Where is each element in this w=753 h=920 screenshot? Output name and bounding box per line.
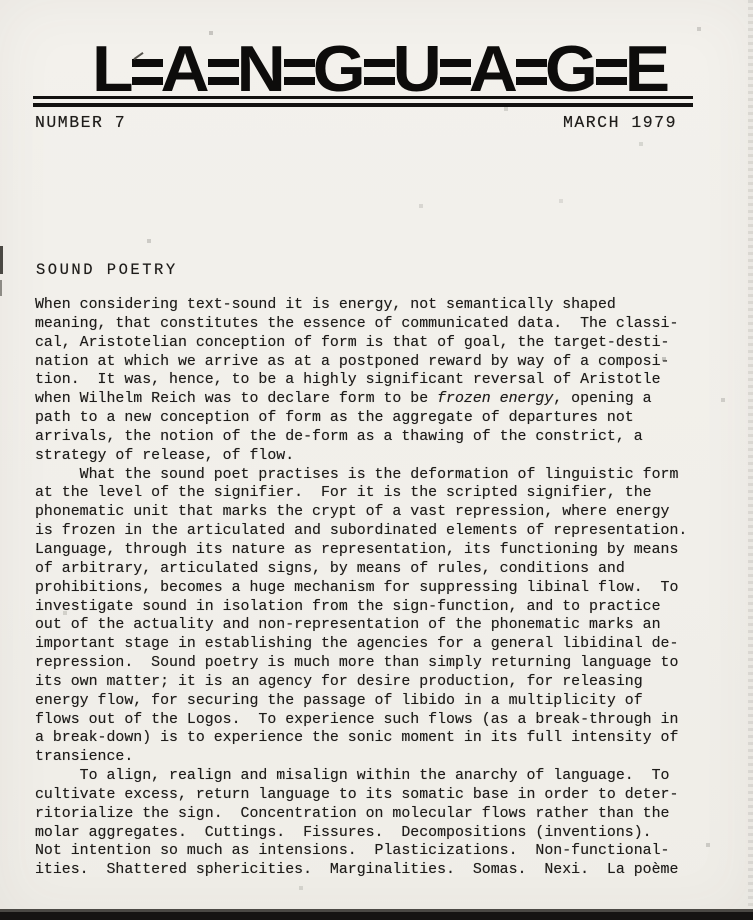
scan-specks [0, 0, 2, 2]
text-line: path to a new conception of form as the … [35, 409, 735, 428]
text-line: is frozen in the articulated and subordi… [35, 522, 735, 541]
equals-bars-icon [284, 59, 315, 85]
text-line: of arbitrary, articulated signs, by mean… [35, 560, 735, 579]
equals-bars-icon [364, 59, 395, 85]
text-line: phonematic unit that marks the crypt of … [35, 503, 735, 522]
text-line: What the sound poet practises is the def… [35, 466, 735, 485]
text-line: at the level of the signifier. For it is… [35, 484, 735, 503]
text-line: important stage in establishing the agen… [35, 635, 735, 654]
equals-bars-icon [440, 59, 471, 85]
text-line: nation at which we arrive as at a postpo… [35, 353, 735, 372]
scan-bottom-bar [0, 909, 753, 920]
text-line: cal, Aristotelian conception of form is … [35, 334, 735, 353]
scan-edge-artifact [0, 246, 3, 274]
text-line-with-italic: when Wilhelm Reich was to declare form t… [35, 390, 735, 409]
text-line: cultivate excess, return language to its… [35, 786, 735, 805]
equals-bars-icon [516, 59, 547, 85]
text-line: ities. Shattered sphericities. Marginali… [35, 861, 735, 880]
text-line: its own matter; it is an agency for desi… [35, 673, 735, 692]
text-line: energy flow, for securing the passage of… [35, 692, 735, 711]
masthead-letter: G [545, 43, 598, 95]
article-title: SOUND POETRY [36, 261, 178, 279]
equals-bars-icon [208, 59, 239, 85]
text-segment: when Wilhelm Reich was to declare form t… [35, 391, 437, 407]
issue-number: NUMBER 7 [35, 113, 126, 132]
masthead-letter: G [313, 43, 366, 95]
equals-bars-icon [132, 59, 163, 85]
masthead-letter: N [237, 43, 286, 95]
masthead-letter: A [469, 43, 518, 95]
article-body: When considering text-sound it is energy… [35, 296, 735, 880]
text-line: molar aggregates. Cuttings. Fissures. De… [35, 824, 735, 843]
text-segment: , opening a [553, 391, 651, 407]
masthead-letter: E [625, 43, 670, 95]
text-line: Not intention so much as intensions. Pla… [35, 842, 735, 861]
text-line: When considering text-sound it is energy… [35, 296, 735, 315]
text-line: strategy of release, of flow. [35, 447, 735, 466]
text-line: transience. [35, 748, 735, 767]
italic-phrase: frozen energy [437, 391, 553, 407]
masthead-letter: L [92, 43, 134, 95]
text-line: repression. Sound poetry is much more th… [35, 654, 735, 673]
text-line: out of the actuality and non-representat… [35, 616, 735, 635]
text-line: investigate sound in isolation from the … [35, 598, 735, 617]
scanned-magazine-page: L A N G U A G E NUMBER 7 MARCH 1979 SOUN… [0, 0, 753, 920]
text-line: Language, through its nature as represen… [35, 541, 735, 560]
masthead-letter: A [161, 43, 210, 95]
text-line: arrivals, the notion of the de-form as a… [35, 428, 735, 447]
issue-date-row: NUMBER 7 MARCH 1979 [35, 113, 677, 132]
scan-edge-artifact [0, 280, 2, 296]
masthead-double-rule [33, 96, 693, 107]
scan-edge-strip [748, 0, 753, 920]
masthead-title: L A N G U A G E [92, 42, 670, 96]
text-line: a break-down) is to experience the sonic… [35, 729, 735, 748]
text-line: tion. It was, hence, to be a highly sign… [35, 371, 735, 390]
issue-date: MARCH 1979 [563, 113, 677, 132]
masthead-letter: U [393, 43, 442, 95]
text-line: meaning, that constitutes the essence of… [35, 315, 735, 334]
text-line: flows out of the Logos. To experience su… [35, 711, 735, 730]
text-line: prohibitions, becomes a huge mechanism f… [35, 579, 735, 598]
text-line: ritorialize the sign. Concentration on m… [35, 805, 735, 824]
text-line: To align, realign and misalign within th… [35, 767, 735, 786]
equals-bars-icon [596, 59, 627, 85]
